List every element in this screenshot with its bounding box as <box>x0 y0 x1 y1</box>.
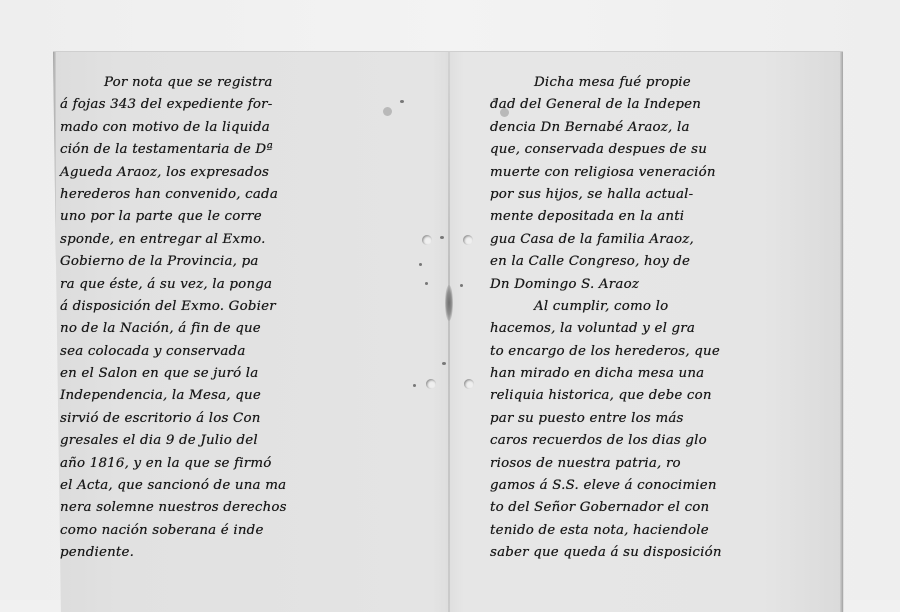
text-line: año 1816, y en la que se firmó <box>60 453 360 475</box>
text-line: Por nota que se registra <box>60 72 360 94</box>
text-line: sirvió de escritorio á los Con <box>60 408 360 430</box>
text-line: dencia Dn Bernabé Araoz, la <box>490 117 790 139</box>
text-line: á fojas 343 del expediente for- <box>60 94 360 116</box>
text-line: en el Salon en que se juró la <box>60 363 360 385</box>
text-line: mado con motivo de la liquida <box>60 117 360 139</box>
text-line: ra que éste, á su vez, la ponga <box>60 274 360 296</box>
text-line: muerte con religiosa veneración <box>490 162 790 184</box>
text-line: Independencia, la Mesa, que <box>60 385 360 407</box>
text-line: riosos de nuestra patria, ro <box>490 453 790 475</box>
text-line: Gobierno de la Provincia, pa <box>60 251 360 273</box>
ink-spot <box>400 100 404 103</box>
text-line: saber que queda á su disposición <box>490 542 790 564</box>
text-line: Agueda Araoz, los expresados <box>60 162 360 184</box>
text-line: to del Señor Gobernador el con <box>490 497 790 519</box>
left-page-text: Por nota que se registra á fojas 343 del… <box>60 72 360 565</box>
text-line: caros recuerdos de los dias glo <box>490 430 790 452</box>
text-line: por sus hijos, se halla actual- <box>490 184 790 206</box>
text-line: ción de la testamentaria de Dª <box>60 139 360 161</box>
text-line: uno por la parte que le corre <box>60 206 360 228</box>
text-line: que, conservada despues de su <box>490 139 790 161</box>
text-line: to encargo de los herederos, que <box>490 341 790 363</box>
text-line: hacemos, la voluntad y el gra <box>490 318 790 340</box>
binding-hole <box>464 379 474 389</box>
text-line: Al cumplir, como lo <box>490 296 790 318</box>
text-line: han mirado en dicha mesa una <box>490 363 790 385</box>
binding-hole <box>426 379 436 389</box>
binding-hole <box>463 235 473 245</box>
text-line: sponde, en entregar al Exmo. <box>60 229 360 251</box>
ink-spot <box>413 384 416 387</box>
text-line: en la Calle Congreso, hoy de <box>490 251 790 273</box>
center-fold <box>448 52 450 600</box>
text-line: nera solemne nuestros derechos <box>60 497 360 519</box>
text-line: herederos han convenido, cada <box>60 184 360 206</box>
ink-spot <box>442 362 446 365</box>
right-page-text: Dicha mesa fué propie dad del General de… <box>490 72 790 565</box>
text-line: como nación soberana é inde <box>60 520 360 542</box>
text-line: tenido de esta nota, haciendole <box>490 520 790 542</box>
text-line: el Acta, que sancionó de una ma <box>60 475 360 497</box>
punch-mark-left <box>383 107 392 116</box>
ink-spot <box>440 236 444 239</box>
text-line: par su puesto entre los más <box>490 408 790 430</box>
text-line: dad del General de la Indepen <box>490 94 790 116</box>
text-line: á disposición del Exmo. Gobier <box>60 296 360 318</box>
text-line: mente depositada en la anti <box>490 206 790 228</box>
text-line: reliquia historica, que debe con <box>490 385 790 407</box>
text-line: pendiente. <box>60 542 360 564</box>
text-line: gresales el dia 9 de Julio del <box>60 430 360 452</box>
text-line: Dn Domingo S. Araoz <box>490 274 790 296</box>
text-line: no de la Nación, á fin de que <box>60 318 360 340</box>
ink-spot <box>460 284 463 287</box>
text-line: gua Casa de la familia Araoz, <box>490 229 790 251</box>
ink-spot <box>425 282 428 285</box>
fold-stain <box>445 285 453 321</box>
text-line: gamos á S.S. eleve á conocimien <box>490 475 790 497</box>
text-line: Dicha mesa fué propie <box>490 72 790 94</box>
ink-spot <box>419 263 422 266</box>
text-line: sea colocada y conservada <box>60 341 360 363</box>
binding-hole <box>422 235 432 245</box>
